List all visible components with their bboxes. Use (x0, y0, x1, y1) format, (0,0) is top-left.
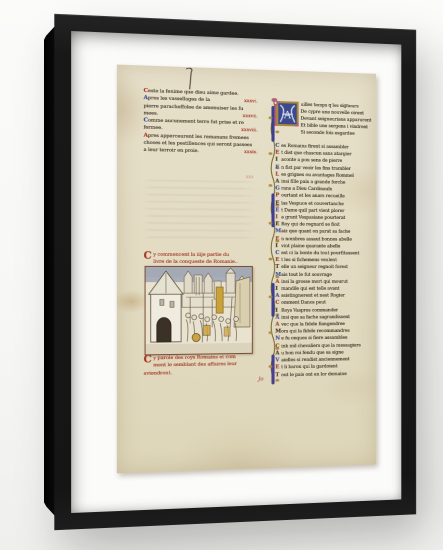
line-text: aiz que quant on parat sa fache (281, 230, 350, 235)
line-text: insi que sa fache sagrandissent (281, 315, 350, 320)
line-text: n fist par veoir les fins trambler (281, 165, 351, 171)
line-text: t Dame quil part vient plorer (281, 208, 344, 214)
verse-line: Tout le pais ont en lor demaine (275, 370, 360, 379)
miniature-frame (145, 266, 253, 355)
verse-lines: Ces Romains firent si assambler Et dist … (275, 143, 360, 379)
verse-line: Et les si fichemens veulent (275, 257, 360, 264)
picture-frame: Ceste la fenime que dieu aime gardee. Ap… (54, 14, 416, 530)
right-text-column: A uilles temps q les signeursDe cypre un… (269, 98, 380, 101)
line-text: fermee. (144, 125, 163, 132)
line-text: est ci la bonte du tout pourfitassent (281, 251, 359, 256)
miniature-illustration (146, 267, 252, 354)
line-text: ais tout le fut souvrage (281, 273, 332, 278)
line-text: out le pais ont en lor demaine (281, 372, 346, 378)
opening-lines: uilles temps q les signeursDe cypre une … (301, 102, 372, 139)
line-text: insi la grosse mort qui mourut (281, 280, 348, 285)
line-text: aconte a pou sens de pierre (281, 158, 342, 164)
toc-line: a leur terroir en proie.xxxix. (144, 147, 258, 157)
line-text: omment Danos peut (281, 301, 326, 306)
line-text: elle un seigneur regnoit forest (281, 265, 348, 270)
chapter-numeral: xxxix. (244, 149, 258, 157)
illuminated-initial: A (274, 100, 299, 128)
line-text: t les si fichemens veulent (281, 258, 337, 263)
line-text: Roys Vaspres commander (281, 308, 338, 313)
product-photo: Ceste la fenime que dieu aime gardee. Ap… (0, 0, 443, 550)
mat-board: Ceste la fenime que dieu aime gardee. Ap… (71, 31, 401, 513)
manuscript-line: Si seconde fois esgardee (301, 130, 372, 139)
line-text: t li baron qui la gardoient (281, 365, 337, 371)
rubric-line: aviendront. (144, 369, 258, 378)
foreground (146, 343, 252, 354)
line-text: rans a Dieu Cardinaulx (281, 187, 332, 193)
rubric-initial: C (144, 355, 152, 364)
line-text: ssistingnerent et nest Rogier (281, 294, 345, 299)
line-text: Roy qui de regnard se fioit (281, 223, 340, 228)
line-text: ink mil chevaliers que la messagiers (281, 343, 360, 349)
line-text: n nombres assaut bonnes abelle (281, 237, 352, 242)
line-text: vint plaine quarante abelle (281, 244, 340, 249)
line-text: a grant Vespasiane pourterat (281, 215, 345, 221)
rubric-initial: C (144, 252, 152, 261)
rubric-above-miniature: C y commencent la iiije partie dulivre d… (144, 252, 258, 267)
catchword: Jo (258, 377, 263, 383)
line-text: vec que la fidele fiangendree (281, 322, 345, 328)
svg-text:A: A (283, 110, 292, 121)
verse-line: Maiz que quant on parat sa fache (275, 229, 360, 237)
show-through-text (144, 179, 256, 243)
line-text: ors qui la fidele recommandres (281, 329, 349, 335)
line-text: e fu onques si fiere assamblee (281, 336, 347, 342)
line-text: insi fille paix a grande forche (281, 180, 345, 186)
verse-line: Telle un seigneur regnoit forest (275, 264, 360, 271)
rubric-below-miniature: C y parole des roys Romains et comment l… (144, 354, 258, 378)
line-text: mandile qui est telle avant (281, 287, 339, 292)
yellow-banner (216, 287, 223, 313)
line-text: mees. (144, 110, 159, 116)
doorway (157, 318, 171, 342)
show-through-numeral: xxx (246, 175, 254, 180)
line-text: ourtant et les anars recueille (281, 194, 344, 200)
line-text: aielles si rendist anciennement (281, 357, 349, 363)
line-text: es grignes ou avantages Rommel (281, 173, 354, 179)
line-text: a leur terroir en proie. (144, 147, 199, 154)
left-text-column: Ceste la fenime que dieu aime gardee. Ap… (144, 88, 258, 157)
manuscript-page: Ceste la fenime que dieu aime gardee. Ap… (117, 65, 376, 474)
line-text: las Vespuce et couvertanche (281, 201, 344, 207)
line-text: u bon roi fendu que sa signe (281, 350, 343, 356)
pen-flourish-icon (184, 67, 194, 92)
